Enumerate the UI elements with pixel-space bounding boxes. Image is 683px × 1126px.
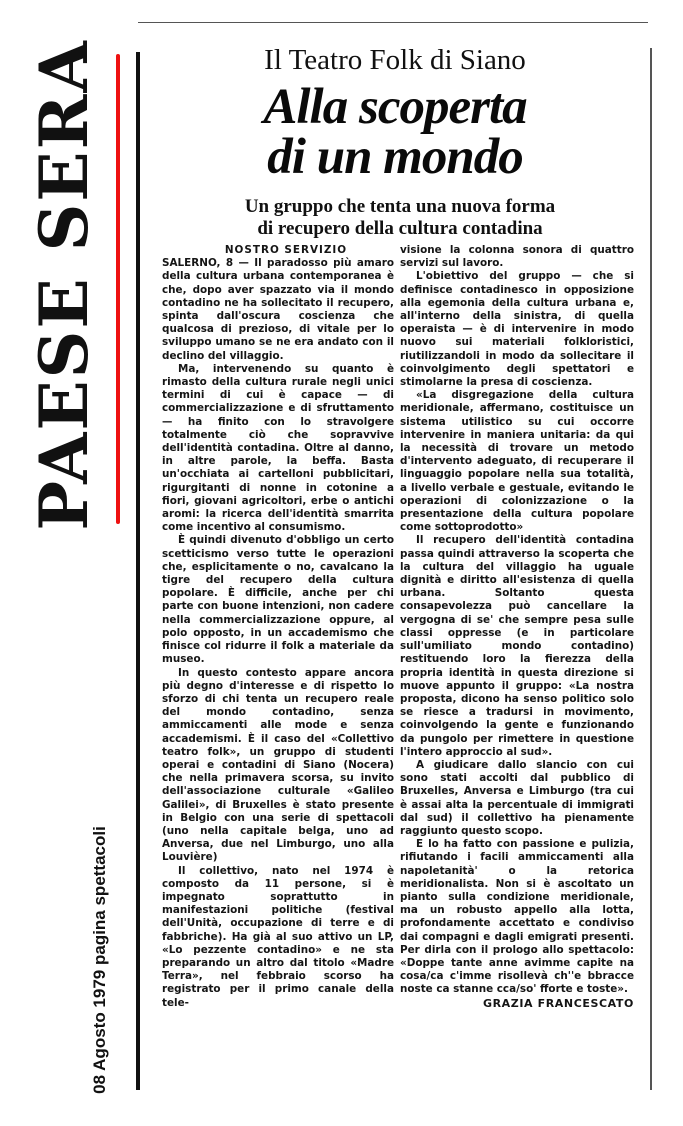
paragraph: Ma, intervenendo su quanto è rimasto del… xyxy=(162,363,394,535)
article-column-right: visione la colonna sonora di quattro ser… xyxy=(400,244,634,1010)
right-border-rule xyxy=(650,48,652,1090)
paragraph: L'obiettivo del gruppo — che si definisc… xyxy=(400,270,634,389)
top-rule xyxy=(138,22,648,23)
paragraph: «La disgregazione della cultura meridion… xyxy=(400,389,634,534)
paragraph: SALERNO, 8 — Il paradosso più amaro dell… xyxy=(162,257,394,363)
headline-line-1: Alla scoperta xyxy=(160,82,630,132)
paragraph: Il recupero dell'identità contadina pass… xyxy=(400,534,634,758)
black-vertical-rule xyxy=(136,52,140,1090)
dateline: 08 Agosto 1979 pagina spettacoli xyxy=(84,810,116,1110)
paragraph: Il collettivo, nato nel 1974 è composto … xyxy=(162,865,394,1010)
paragraph: visione la colonna sonora di quattro ser… xyxy=(400,244,634,270)
masthead: PAESE SERA xyxy=(30,50,98,520)
article-subhead: Un gruppo che tenta una nuova forma di r… xyxy=(160,196,640,240)
article-kicker: Il Teatro Folk di Siano xyxy=(160,44,630,77)
paragraph: In questo contesto appare ancora più deg… xyxy=(162,667,394,865)
byline: GRAZIA FRANCESCATO xyxy=(400,997,634,1010)
headline-line-2: di un mondo xyxy=(160,132,630,182)
paragraph: E lo ha fatto con passione e pulizia, ri… xyxy=(400,838,634,996)
article-headline: Alla scoperta di un mondo xyxy=(160,82,630,182)
article-column-left: NOSTRO SERVIZIO SALERNO, 8 — Il paradoss… xyxy=(162,244,394,1010)
subhead-line-2: di recupero della cultura contadina xyxy=(160,218,640,240)
red-vertical-rule xyxy=(116,54,120,524)
masthead-name: PAESE SERA xyxy=(25,39,103,530)
paragraph: A giudicare dallo slancio con cui sono s… xyxy=(400,759,634,838)
service-label: NOSTRO SERVIZIO xyxy=(162,244,394,257)
paragraph: È quindi divenuto d'obbligo un certo sce… xyxy=(162,534,394,666)
dateline-text: 08 Agosto 1979 pagina spettacoli xyxy=(90,826,110,1094)
subhead-line-1: Un gruppo che tenta una nuova forma xyxy=(160,196,640,218)
